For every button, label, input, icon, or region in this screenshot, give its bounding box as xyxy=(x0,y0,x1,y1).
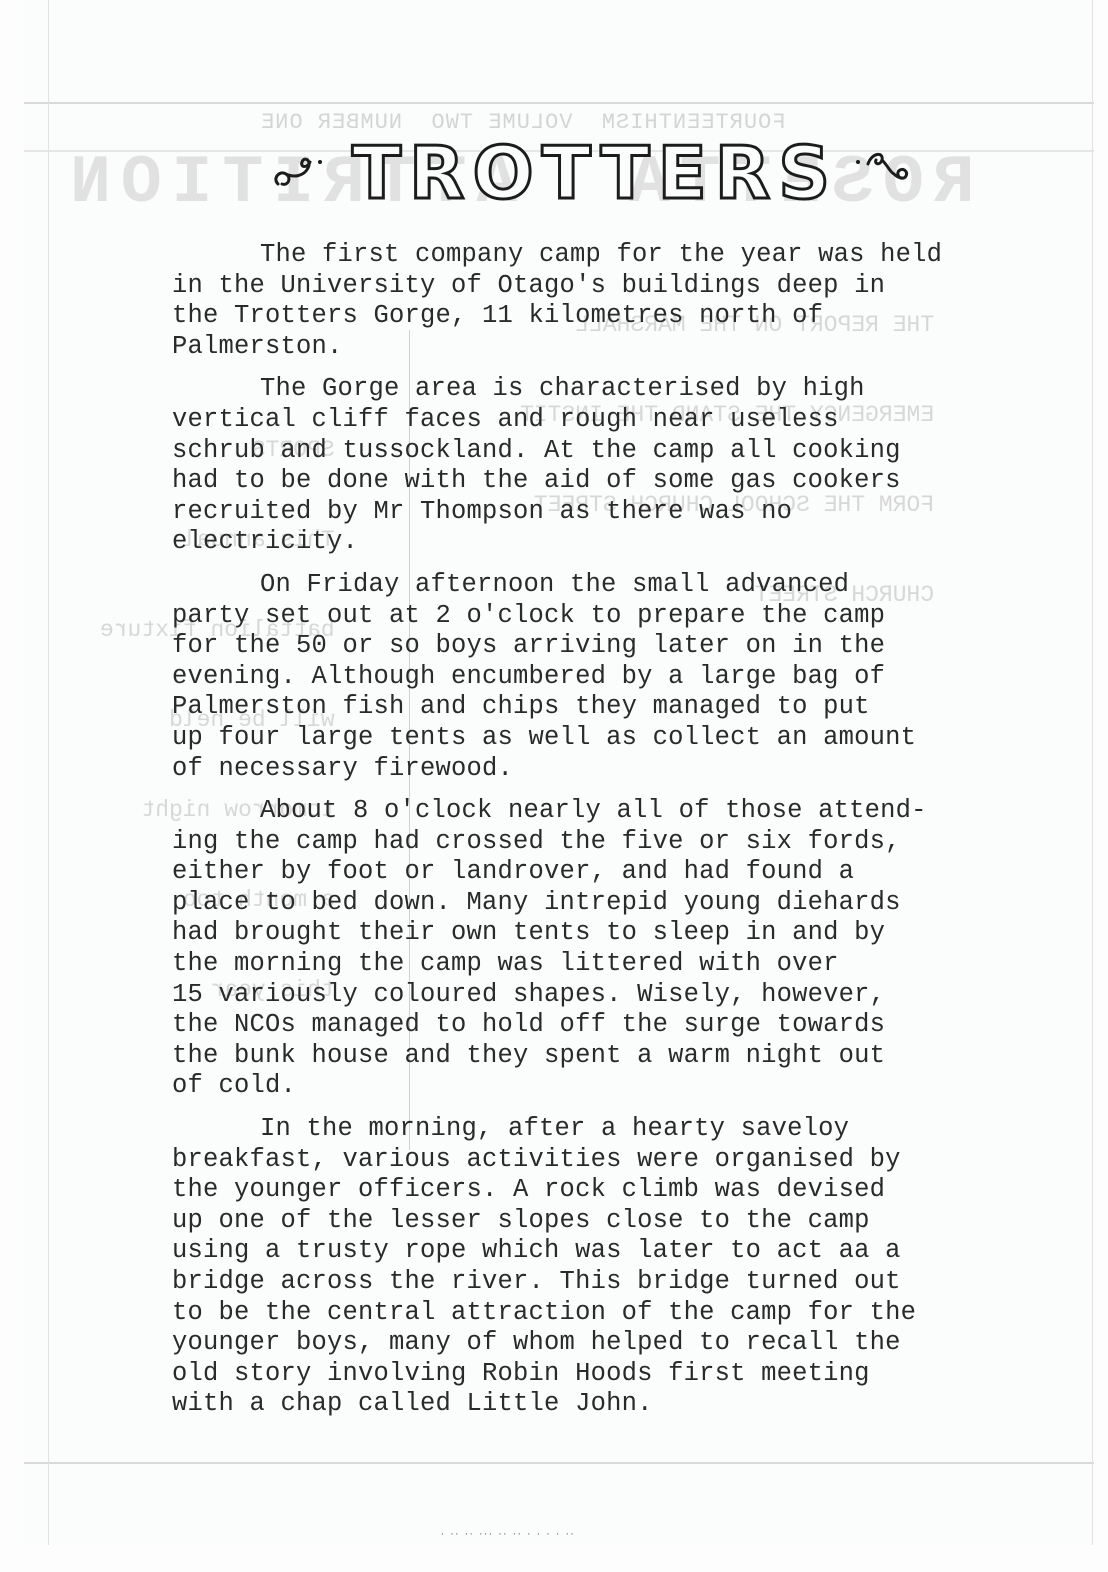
text-line: Palmerston fish and chips they managed t… xyxy=(172,692,870,721)
fold-line-left xyxy=(48,0,49,1545)
text-line: On Friday afternoon the small advanced xyxy=(260,570,849,599)
text-line: with a chap called Little John. xyxy=(172,1389,653,1418)
text-line: the NCOs managed to hold off the surge t… xyxy=(172,1010,885,1039)
text-line: electricity. xyxy=(172,527,358,556)
text-line: in the University of Otago's buildings d… xyxy=(172,271,885,300)
text-line: ing the camp had crossed the five or six… xyxy=(172,827,901,856)
paragraph: The first company camp for the year was … xyxy=(172,240,1072,362)
masthead: TROTTERS xyxy=(195,128,995,218)
page-title: TROTTERS xyxy=(352,137,838,209)
text-line: About 8 o'clock nearly all of those atte… xyxy=(260,796,927,825)
text-line: the morning the camp was littered with o… xyxy=(172,949,839,978)
text-line: In the morning, after a hearty saveloy xyxy=(260,1114,849,1143)
text-line: The first company camp for the year was … xyxy=(260,240,942,269)
text-line: younger boys, many of whom helped to rec… xyxy=(172,1328,901,1357)
text-line: breakfast, various activities were organ… xyxy=(172,1145,901,1174)
text-line: recruited by Mr Thompson as there was no xyxy=(172,497,792,526)
text-line: up one of the lesser slopes close to the… xyxy=(172,1206,870,1235)
text-line: 15 variously coloured shapes. Wisely, ho… xyxy=(172,980,885,1009)
text-line: to be the central attraction of the camp… xyxy=(172,1298,916,1327)
fold-line-top xyxy=(24,102,1094,104)
text-line: the Trotters Gorge, 11 kilometres north … xyxy=(172,301,823,330)
paragraph: About 8 o'clock nearly all of those atte… xyxy=(172,796,1072,1102)
text-line: place to bed down. Many intrepid young d… xyxy=(172,888,901,917)
text-line: had to be done with the aid of some gas … xyxy=(172,466,901,495)
text-line: vertical cliff faces and rough near usel… xyxy=(172,405,839,434)
paragraph: In the morning, after a hearty saveloybr… xyxy=(172,1114,1072,1420)
text-line: Palmerston. xyxy=(172,332,343,361)
text-line: had brought their own tents to sleep in … xyxy=(172,918,885,947)
paragraph: On Friday afternoon the small advancedpa… xyxy=(172,570,1072,784)
text-line: The Gorge area is characterised by high xyxy=(260,374,865,403)
text-line: bridge across the river. This bridge tur… xyxy=(172,1267,901,1296)
text-line: of necessary firewood. xyxy=(172,754,513,783)
text-line: the younger officers. A rock climb was d… xyxy=(172,1175,885,1204)
fold-line-bottom xyxy=(24,1462,1094,1464)
text-line: using a trusty rope which was later to a… xyxy=(172,1236,901,1265)
text-line: for the 50 or so boys arriving later on … xyxy=(172,631,885,660)
text-line: the bunk house and they spent a warm nig… xyxy=(172,1041,885,1070)
text-line: of cold. xyxy=(172,1071,296,1100)
paragraph: The Gorge area is characterised by highv… xyxy=(172,374,1072,558)
text-line: party set out at 2 o'clock to prepare th… xyxy=(172,601,885,630)
text-line: either by foot or landrover, and had fou… xyxy=(172,857,854,886)
article-body: The first company camp for the year was … xyxy=(172,240,1072,1432)
fold-line-right xyxy=(1092,0,1093,1545)
text-line: up four large tents as well as collect a… xyxy=(172,723,916,752)
curl-icon xyxy=(850,144,920,202)
curl-icon xyxy=(270,144,340,202)
text-line: evening. Although encumbered by a large … xyxy=(172,662,885,691)
scan-specks: · ·· ·· ··· ·· ·· · · · · ·· xyxy=(440,1530,574,1539)
text-line: schrub and tussockland. At the camp all … xyxy=(172,436,901,465)
text-line: old story involving Robin Hoods first me… xyxy=(172,1359,870,1388)
